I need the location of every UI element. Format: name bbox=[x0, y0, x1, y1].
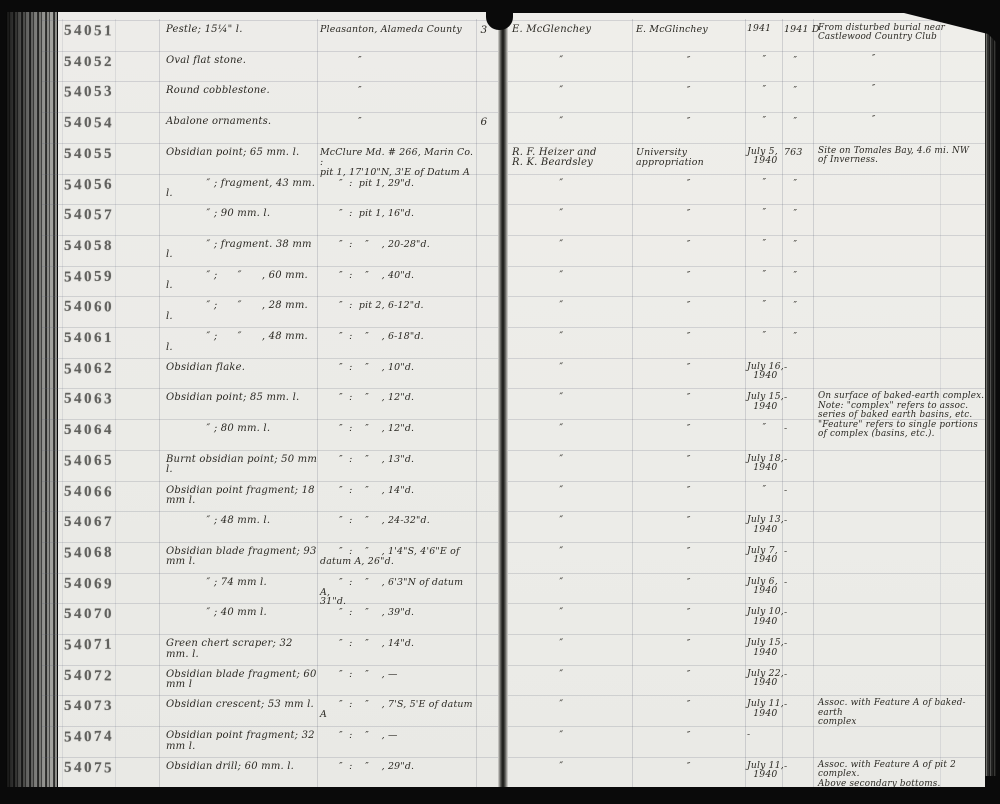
ledger-row: 54061 ″ ; ″ , 48 mm. l. ″ : ″ , 6-18"d. … bbox=[0, 327, 1000, 358]
source-fund: ″ bbox=[636, 455, 746, 465]
date-received: July 7, 1940 bbox=[747, 546, 785, 565]
collector: ″ bbox=[512, 700, 632, 711]
source-fund: ″ bbox=[636, 301, 746, 311]
collector: R. F. Heizer and R. K. Beardsley bbox=[512, 148, 632, 169]
locality-provenience: ″ : pit 1, 16"d. bbox=[320, 209, 475, 219]
collector: ″ bbox=[512, 240, 632, 251]
source-fund: ″ bbox=[636, 762, 746, 772]
ledger-row: 54075 Obsidian drill; 60 mm. l. ″ : ″ , … bbox=[0, 757, 1000, 788]
remarks: ″ bbox=[818, 55, 988, 64]
object-description: Obsidian point fragment; 32 mm l. bbox=[166, 731, 318, 752]
source-fund: ″ bbox=[636, 700, 746, 710]
accession-number: ″ bbox=[784, 271, 818, 282]
accession-number: ″ bbox=[784, 332, 818, 343]
catalog-number-stamp: 54057 bbox=[60, 207, 118, 225]
catalog-number-stamp: 54075 bbox=[60, 759, 118, 777]
date-received: ″ bbox=[747, 116, 785, 126]
object-description: Obsidian drill; 60 mm. l. bbox=[166, 762, 318, 773]
date-received: ″ bbox=[747, 485, 785, 495]
date-received: July 15, 1940 bbox=[747, 392, 785, 411]
object-description: ″ ; ″ , 60 mm. l. bbox=[166, 271, 318, 292]
object-description: Obsidian blade fragment; 60 mm l bbox=[166, 670, 318, 691]
accession-number: - bbox=[784, 363, 818, 374]
date-received: July 15, 1940 bbox=[747, 638, 785, 657]
collector: E. McGlenchey bbox=[512, 25, 632, 36]
ledger-row: 54068 Obsidian blade fragment; 93 mm l. … bbox=[0, 542, 1000, 573]
gutter-shadow-notch bbox=[486, 0, 513, 30]
collector: ″ bbox=[512, 486, 632, 497]
locality-provenience: ″ bbox=[320, 117, 475, 127]
source-fund: ″ bbox=[636, 516, 746, 526]
source-fund: ″ bbox=[636, 486, 746, 496]
collector: ″ bbox=[512, 516, 632, 527]
collector: ″ bbox=[512, 209, 632, 220]
catalog-number-stamp: 54074 bbox=[60, 729, 118, 747]
source-fund: ″ bbox=[636, 608, 746, 618]
accession-number: - bbox=[784, 608, 818, 619]
locality-provenience: Pleasanton, Alameda County bbox=[320, 25, 475, 35]
date-received: July 10, 1940 bbox=[747, 607, 785, 626]
object-description: Burnt obsidian point; 50 mm l. bbox=[166, 455, 318, 476]
locality-provenience: ″ : ″ , 7'S, 5'E of datum A bbox=[320, 700, 475, 720]
collector: ″ bbox=[512, 424, 632, 435]
locality-provenience: ″ bbox=[320, 86, 475, 96]
collector: ″ bbox=[512, 578, 632, 589]
source-fund: ″ bbox=[636, 393, 746, 403]
source-fund: ″ bbox=[636, 209, 746, 219]
catalog-number-stamp: 54059 bbox=[60, 268, 118, 286]
collector: ″ bbox=[512, 301, 632, 312]
locality-provenience: ″ : ″ , 40"d. bbox=[320, 271, 475, 281]
collector: ″ bbox=[512, 56, 632, 67]
collector: ″ bbox=[512, 639, 632, 650]
collector: ″ bbox=[512, 762, 632, 773]
remarks: Site on Tomales Bay, 4.6 mi. NW of Inver… bbox=[818, 147, 988, 166]
collector: ″ bbox=[512, 393, 632, 404]
object-description: Green chert scraper; 32 mm. l. bbox=[166, 639, 318, 660]
locality-provenience: ″ : ″ , 13"d. bbox=[320, 455, 475, 465]
source-fund: ″ bbox=[636, 639, 746, 649]
object-description: Obsidian crescent; 53 mm l. bbox=[166, 700, 318, 711]
object-description: Round cobblestone. bbox=[166, 86, 318, 97]
accession-number: ″ bbox=[784, 240, 818, 251]
catalog-number-stamp: 54073 bbox=[60, 698, 118, 715]
catalog-number-stamp: 54067 bbox=[60, 514, 118, 531]
catalog-number-stamp: 54066 bbox=[60, 483, 118, 501]
collector: ″ bbox=[512, 547, 632, 558]
date-received: July 11, 1940 bbox=[747, 761, 785, 780]
collector: ″ bbox=[512, 455, 632, 466]
accession-number: - bbox=[784, 547, 818, 558]
object-description: ″ ; fragment. 38 mm l. bbox=[166, 240, 318, 261]
catalog-number-stamp: 54072 bbox=[60, 667, 118, 685]
source-fund: ″ bbox=[636, 363, 746, 373]
ledger-row: 54072 Obsidian blade fragment; 60 mm l ″… bbox=[0, 665, 1000, 696]
date-received: ″ bbox=[747, 85, 785, 95]
source-fund: ″ bbox=[636, 86, 746, 96]
catalog-number-stamp: 54055 bbox=[60, 146, 118, 163]
ledger-row: 54060 ″ ; ″ , 28 mm. l. ″ : pit 2, 6-12"… bbox=[0, 296, 1000, 327]
catalog-number-stamp: 54062 bbox=[60, 360, 118, 378]
ledger-row: 54054 Abalone ornaments. ″ 6 ″ ″ ″ ″ ″ bbox=[0, 112, 1000, 143]
locality-provenience: ″ : ″ , 1'4"S, 4'6"E of datum A, 26"d. bbox=[320, 547, 475, 567]
date-received: ″ bbox=[747, 239, 785, 249]
catalog-number-stamp: 54058 bbox=[60, 238, 118, 255]
date-received: July 5, 1940 bbox=[747, 147, 785, 166]
remarks: Assoc. with Feature A of pit 2 complex. … bbox=[818, 761, 988, 789]
source-fund: ″ bbox=[636, 117, 746, 127]
catalog-number-stamp: 54064 bbox=[60, 422, 118, 439]
collector: ″ bbox=[512, 670, 632, 681]
catalog-number-stamp: 54069 bbox=[60, 575, 118, 593]
object-description: Obsidian point; 65 mm. l. bbox=[166, 148, 318, 159]
locality-provenience: ″ : ″ , 12"d. bbox=[320, 424, 475, 434]
collector: ″ bbox=[512, 117, 632, 128]
date-received: ″ bbox=[747, 55, 785, 65]
ledger-row: 54067 ″ ; 48 mm. l. ″ : ″ , 24-32"d. ″ ″… bbox=[0, 511, 1000, 542]
catalog-number-stamp: 54071 bbox=[60, 636, 118, 654]
object-description: ″ ; 74 mm l. bbox=[166, 578, 318, 589]
accession-number: ″ bbox=[784, 301, 818, 312]
source-fund: ″ bbox=[636, 56, 746, 66]
object-description: ″ ; ″ , 28 mm. l. bbox=[166, 301, 318, 322]
locality-provenience: ″ : ″ , 39"d. bbox=[320, 608, 475, 618]
date-received: - bbox=[747, 730, 785, 740]
source-fund: E. McGlinchey bbox=[636, 25, 746, 35]
accession-number: ″ bbox=[784, 117, 818, 128]
accession-number: ″ bbox=[784, 86, 818, 97]
source-fund: ″ bbox=[636, 271, 746, 281]
source-fund: ″ bbox=[636, 179, 746, 189]
locality-provenience: ″ : ″ , 14"d. bbox=[320, 486, 475, 496]
object-description: Obsidian point; 85 mm. l. bbox=[166, 393, 318, 404]
catalog-number-stamp: 54053 bbox=[60, 84, 118, 102]
locality-provenience: ″ : ″ , 6-18"d. bbox=[320, 332, 475, 342]
locality-provenience: ″ : ″ , 10"d. bbox=[320, 363, 475, 373]
ledger-row: 54065 Burnt obsidian point; 50 mm l. ″ :… bbox=[0, 450, 1000, 481]
source-fund: ″ bbox=[636, 332, 746, 342]
object-description: Abalone ornaments. bbox=[166, 117, 318, 128]
ledger-row: 54073 Obsidian crescent; 53 mm l. ″ : ″ … bbox=[0, 695, 1000, 726]
object-description: Obsidian flake. bbox=[166, 363, 318, 374]
collector: ″ bbox=[512, 608, 632, 619]
date-received: ″ bbox=[747, 331, 785, 341]
ledger-row: 54069 ″ ; 74 mm l. ″ : ″ , 6'3"N of datu… bbox=[0, 573, 1000, 604]
locality-provenience: ″ : ″ , — bbox=[320, 731, 475, 741]
object-description: ″ ; 80 mm. l. bbox=[166, 424, 318, 435]
locality-provenience: ″ : ″ , — bbox=[320, 670, 475, 680]
date-received: July 11, 1940 bbox=[747, 699, 785, 718]
ledger-row: 54070 ″ ; 40 mm l. ″ : ″ , 39"d. ″ ″ Jul… bbox=[0, 603, 1000, 634]
catalog-number-stamp: 54063 bbox=[60, 391, 118, 409]
date-received: ″ bbox=[747, 270, 785, 280]
ledger-row: 54059 ″ ; ″ , 60 mm. l. ″ : ″ , 40"d. ″ … bbox=[0, 266, 1000, 297]
locality-provenience: ″ : pit 2, 6-12"d. bbox=[320, 301, 475, 311]
bottom-black-border bbox=[0, 787, 1000, 804]
catalog-number-stamp: 54068 bbox=[60, 544, 118, 562]
remarks: ″ bbox=[818, 116, 988, 125]
remarks: Assoc. with Feature A of baked-earth com… bbox=[818, 699, 988, 727]
date-received: 1941 bbox=[747, 24, 785, 34]
collector: ″ bbox=[512, 86, 632, 97]
source-fund: University appropriation bbox=[636, 148, 746, 168]
collector: ″ bbox=[512, 332, 632, 343]
object-description: ″ ; fragment, 43 mm. l. bbox=[166, 179, 318, 200]
date-received: July 13, 1940 bbox=[747, 515, 785, 534]
accession-ledger-scan: 54051 Pestle; 15¼" l. Pleasanton, Alamed… bbox=[0, 0, 1000, 804]
date-received: July 16, 1940 bbox=[747, 362, 785, 381]
date-received: ″ bbox=[747, 178, 785, 188]
remarks: ″ bbox=[818, 85, 988, 94]
source-fund: ″ bbox=[636, 424, 746, 434]
accession-number: - bbox=[784, 700, 818, 711]
accession-number: ″ bbox=[784, 179, 818, 190]
ledger-row: 54062 Obsidian flake. ″ : ″ , 10"d. ″ ″ … bbox=[0, 358, 1000, 389]
accession-number: - bbox=[784, 516, 818, 527]
source-fund: ″ bbox=[636, 670, 746, 680]
accession-number: - bbox=[784, 424, 818, 435]
locality-provenience: ″ : pit 1, 29"d. bbox=[320, 179, 475, 189]
locality-provenience: ″ : ″ , 14"d. bbox=[320, 639, 475, 649]
date-received: ″ bbox=[747, 300, 785, 310]
ledger-row: 54053 Round cobblestone. ″ ″ ″ ″ ″ ″ bbox=[0, 81, 1000, 112]
accession-number: - bbox=[784, 455, 818, 466]
source-fund: ″ bbox=[636, 547, 746, 557]
object-description: Oval flat stone. bbox=[166, 56, 318, 67]
catalog-number-stamp: 54070 bbox=[60, 606, 118, 623]
ledger-row: 54064 ″ ; 80 mm. l. ″ : ″ , 12"d. ″ ″ ″ … bbox=[0, 419, 1000, 450]
date-received: July 18, 1940 bbox=[747, 454, 785, 473]
catalog-number-stamp: 54065 bbox=[60, 452, 118, 470]
collector: ″ bbox=[512, 363, 632, 374]
accession-number: 763 bbox=[784, 148, 818, 159]
ledger-row: 54057 ″ ; 90 mm. l. ″ : pit 1, 16"d. ″ ″… bbox=[0, 204, 1000, 235]
catalog-number-stamp: 54054 bbox=[60, 115, 118, 133]
object-description: ″ ; 90 mm. l. bbox=[166, 209, 318, 220]
accession-number: ″ bbox=[784, 56, 818, 67]
locality-provenience: ″ bbox=[320, 56, 475, 66]
ledger-row: 54058 ″ ; fragment. 38 mm l. ″ : ″ , 20-… bbox=[0, 235, 1000, 266]
object-description: ″ ; 48 mm. l. bbox=[166, 516, 318, 527]
catalog-number-stamp: 54060 bbox=[60, 299, 118, 317]
date-received: ″ bbox=[747, 423, 785, 433]
source-fund: ″ bbox=[636, 578, 746, 588]
ledger-row: 54066 Obsidian point fragment; 18 mm l. … bbox=[0, 481, 1000, 512]
date-received: ″ bbox=[747, 208, 785, 218]
accession-number: - bbox=[784, 762, 818, 773]
object-description: ″ ; 40 mm l. bbox=[166, 608, 318, 619]
ledger-row: 54052 Oval flat stone. ″ ″ ″ ″ ″ ″ bbox=[0, 51, 1000, 82]
object-description: Obsidian blade fragment; 93 mm l. bbox=[166, 547, 318, 568]
locality-provenience: ″ : ″ , 24-32"d. bbox=[320, 516, 475, 526]
date-received: July 22, 1940 bbox=[747, 669, 785, 688]
source-fund: ″ bbox=[636, 731, 746, 741]
locality-provenience: ″ : ″ , 20-28"d. bbox=[320, 240, 475, 250]
object-description: Obsidian point fragment; 18 mm l. bbox=[166, 486, 318, 507]
catalog-number-stamp: 54051 bbox=[60, 23, 118, 41]
ledger-row: 54071 Green chert scraper; 32 mm. l. ″ :… bbox=[0, 634, 1000, 665]
accession-number: 1941 D bbox=[784, 25, 818, 36]
accession-number: - bbox=[784, 578, 818, 589]
object-description: ″ ; ″ , 48 mm. l. bbox=[166, 332, 318, 353]
catalog-number-stamp: 54052 bbox=[60, 54, 118, 71]
date-received: July 6, 1940 bbox=[747, 577, 785, 596]
accession-number: - bbox=[784, 486, 818, 497]
ledger-row: 54074 Obsidian point fragment; 32 mm l. … bbox=[0, 726, 1000, 757]
collector: ″ bbox=[512, 179, 632, 190]
accession-number: - bbox=[784, 670, 818, 681]
locality-provenience: ″ : ″ , 29"d. bbox=[320, 762, 475, 772]
accession-number: - bbox=[784, 393, 818, 404]
quantity: 6 bbox=[472, 117, 496, 128]
collector: ″ bbox=[512, 271, 632, 282]
ledger-row: 54056 ″ ; fragment, 43 mm. l. ″ : pit 1,… bbox=[0, 174, 1000, 205]
accession-number: - bbox=[784, 639, 818, 650]
source-fund: ″ bbox=[636, 240, 746, 250]
catalog-number-stamp: 54056 bbox=[60, 176, 118, 194]
catalog-number-stamp: 54061 bbox=[60, 330, 118, 347]
accession-number: ″ bbox=[784, 209, 818, 220]
collector: ″ bbox=[512, 731, 632, 742]
ledger-row: 54063 Obsidian point; 85 mm. l. ″ : ″ , … bbox=[0, 388, 1000, 419]
locality-provenience: ″ : ″ , 12"d. bbox=[320, 393, 475, 403]
object-description: Pestle; 15¼" l. bbox=[166, 25, 318, 36]
ledger-row: 54055 Obsidian point; 65 mm. l. McClure … bbox=[0, 143, 1000, 174]
